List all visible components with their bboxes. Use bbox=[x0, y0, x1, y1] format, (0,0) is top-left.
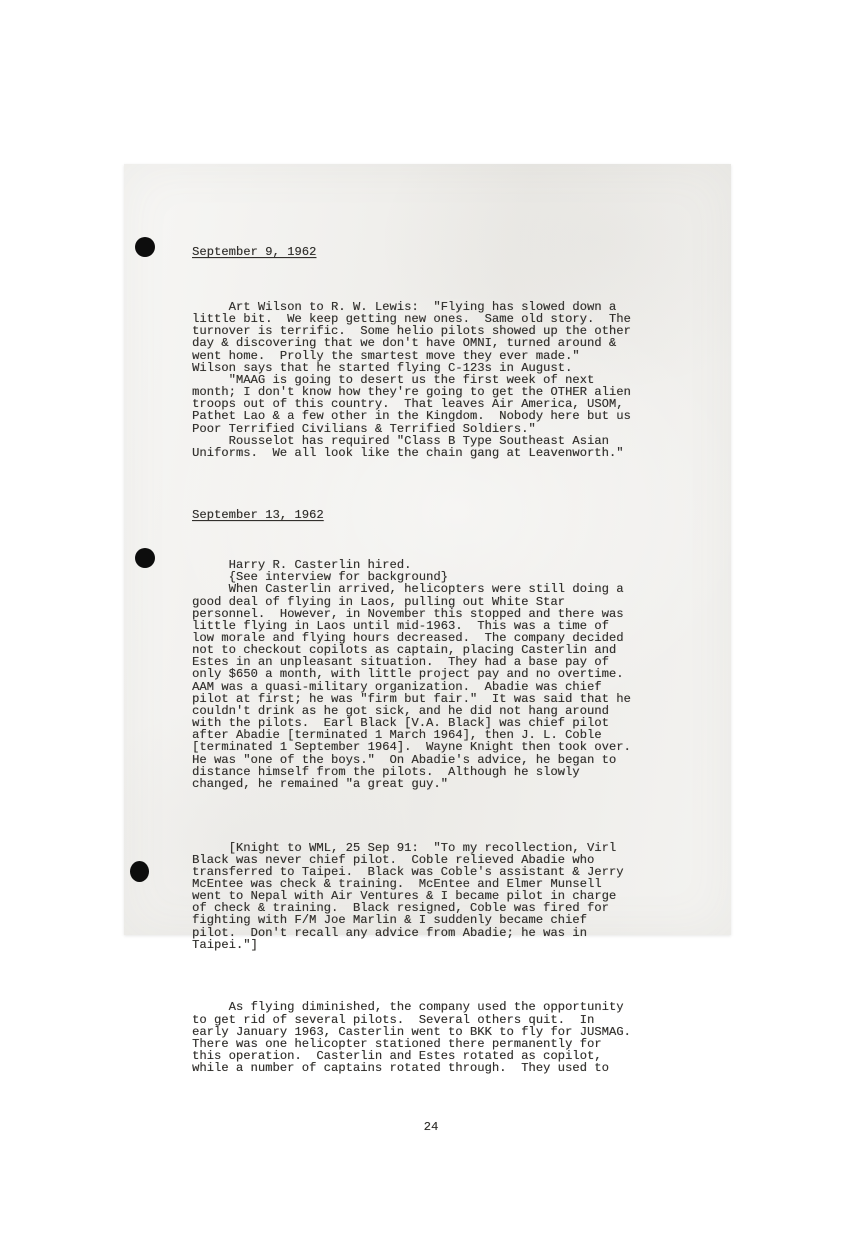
paragraph-wilson-letter: Art Wilson to R. W. Lewis: "Flying has s… bbox=[192, 301, 644, 459]
page-number: 24 bbox=[192, 1121, 644, 1133]
page-text: September 9, 1962 Art Wilson to R. W. Le… bbox=[192, 222, 644, 1157]
paragraph-knight-note: [Knight to WML, 25 Sep 91: "To my recoll… bbox=[192, 842, 644, 951]
scanned-document-background: September 9, 1962 Art Wilson to R. W. Le… bbox=[0, 0, 856, 1250]
paragraph-casterlin-hired: Harry R. Casterlin hired. {See interview… bbox=[192, 559, 644, 790]
paragraph-flying-diminished: As flying diminished, the company used t… bbox=[192, 1001, 644, 1074]
hole-punch-middle bbox=[135, 548, 155, 568]
hole-punch-top bbox=[135, 237, 155, 257]
hole-punch-bottom bbox=[130, 861, 149, 882]
section-date-heading-september-13: September 13, 1962 bbox=[192, 509, 644, 521]
section-date-heading-september-9: September 9, 1962 bbox=[192, 246, 644, 258]
paper-sheet: September 9, 1962 Art Wilson to R. W. Le… bbox=[124, 164, 731, 935]
